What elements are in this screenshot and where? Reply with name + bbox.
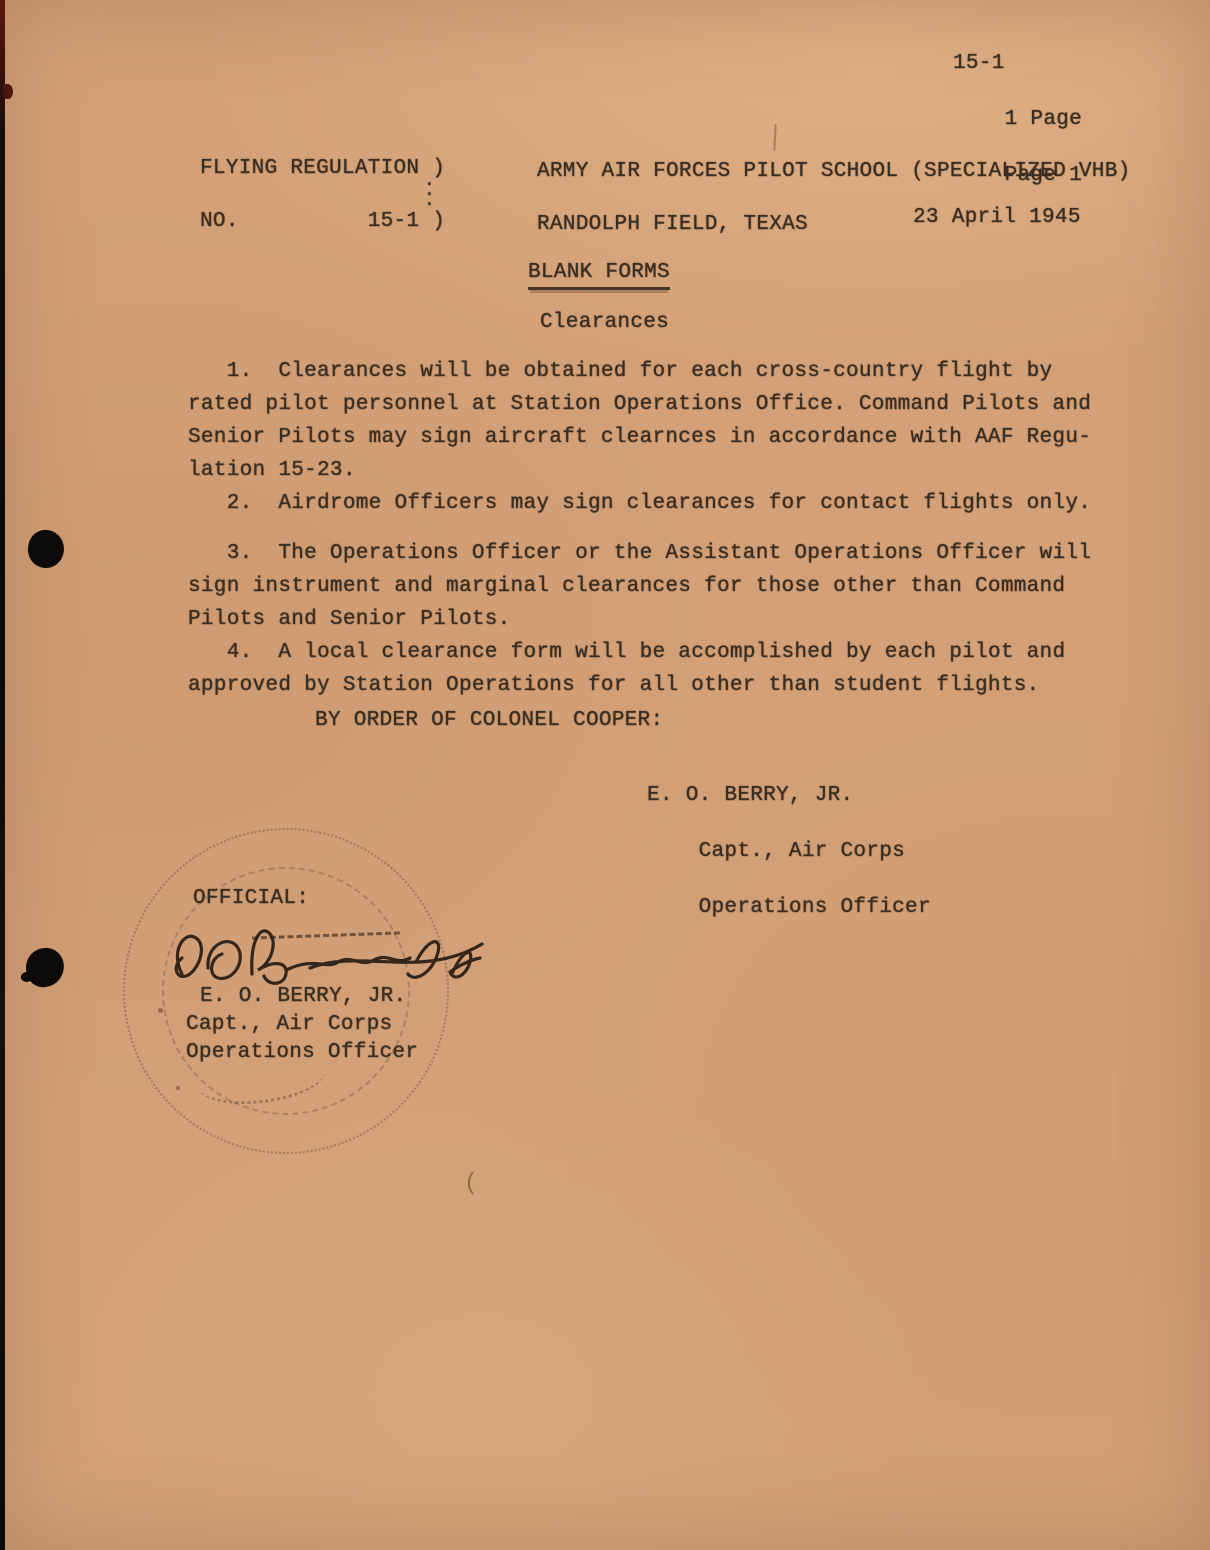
header-school-line: ARMY AIR FORCES PILOT SCHOOL (SPECIALIZE…	[537, 155, 1131, 188]
signature-block: E. O. BERRY, JR. Capt., Air Corps Operat…	[647, 782, 931, 950]
edge-ink-speck	[3, 84, 13, 99]
header-date: 23 April 1945	[913, 201, 1081, 234]
document-page: 15-1 1 Page Page 1 FLYING REGULATION ) N…	[0, 0, 1210, 1550]
official-title: Operations Officer	[186, 1036, 418, 1069]
paragraph-1: 1. Clearances will be obtained for each …	[188, 355, 1148, 487]
hole-punch-bottom	[24, 946, 66, 989]
header-left-line1: FLYING REGULATION )	[200, 152, 445, 185]
signatory-rank: Capt., Air Corps	[699, 840, 905, 863]
order-line: BY ORDER OF COLONEL COOPER:	[315, 704, 663, 737]
scan-edge	[0, 0, 5, 1550]
header-left-line2: NO. 15-1 )	[200, 205, 445, 238]
paragraph-3: 3. The Operations Officer or the Assista…	[188, 537, 1148, 636]
paragraph-4: 4. A local clearance form will be accomp…	[188, 636, 1148, 702]
document-subtitle: Clearances	[540, 306, 669, 339]
ink-speck	[176, 1086, 180, 1090]
signatory-title: Operations Officer	[699, 896, 931, 919]
document-title-text: BLANK FORMS	[528, 261, 670, 290]
header-location-line: RANDOLPH FIELD, TEXAS	[537, 208, 808, 241]
signatory-name: E. O. BERRY, JR.	[647, 784, 853, 807]
corner-page-count: 1 Page	[1005, 108, 1082, 131]
document-title: BLANK FORMS	[528, 256, 670, 289]
pencil-mark-artifact	[773, 124, 776, 151]
paragraph-2: 2. Airdrome Officers may sign clearances…	[188, 487, 1148, 520]
corner-block: 15-1 1 Page Page 1	[953, 50, 1082, 218]
hole-punch-top	[26, 528, 67, 571]
header-colon-separator: . . .	[424, 176, 435, 206]
paren-artifact: (	[464, 1170, 478, 1196]
corner-reg-number: 15-1	[953, 52, 1005, 75]
